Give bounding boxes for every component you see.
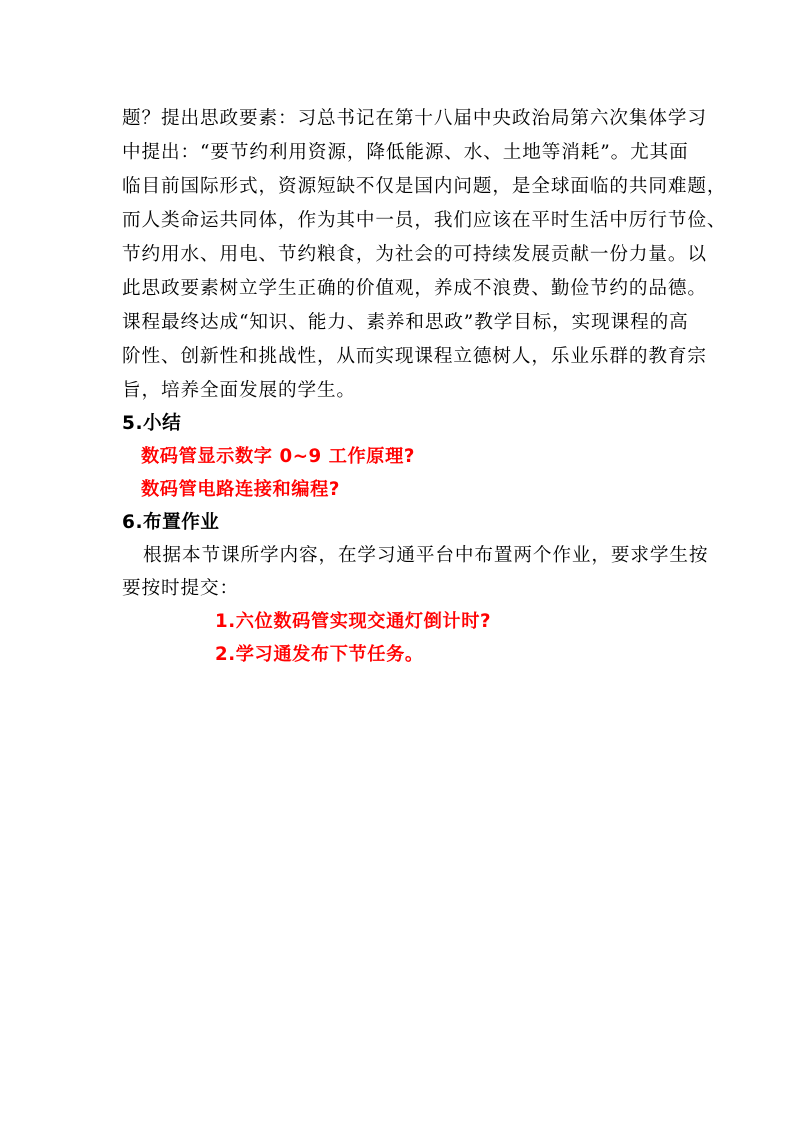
homework-line-2: 要按时提交： xyxy=(122,578,239,600)
paragraph-line-4: 而人类命运共同体，作为其中一员，我们应该在平时生活中厉行节俭、 xyxy=(122,210,671,232)
homework-task-1: 1.六位数码管实现交通灯倒计时? xyxy=(215,611,491,633)
homework-line-1: 根据本节课所学内容，在学习通平台中布置两个作业，要求学生按 xyxy=(143,545,671,567)
paragraph-line-7: 课程最终达成“知识、能力、素养和思政”教学目标，实现课程的高 xyxy=(122,312,671,334)
paragraph-line-8: 阶性、创新性和挑战性，从而实现课程立德树人，乐业乐群的教育宗 xyxy=(122,346,671,368)
paragraph-line-6: 此思政要素树立学生正确的价值观，养成不浪费、勤俭节约的品德。 xyxy=(122,278,671,300)
summary-item-1: 数码管显示数字 0~9 工作原理? xyxy=(141,446,415,468)
document-page: 题？提出思政要素：习总书记在第十八届中央政治局第六次集体学习 中提出：“要节约利… xyxy=(0,0,793,1122)
paragraph-line-9: 旨，培养全面发展的学生。 xyxy=(122,380,356,402)
paragraph-line-3: 临目前国际形式，资源短缺不仅是国内问题，是全球面临的共同难题， xyxy=(122,176,671,198)
paragraph-line-5: 节约用水、用电、节约粮食，为社会的可持续发展贡献一份力量。以 xyxy=(122,244,671,266)
paragraph-line-2: 中提出：“要节约利用资源，降低能源、水、土地等消耗”。尤其面 xyxy=(122,142,671,164)
section-6-heading: 6.布置作业 xyxy=(122,512,219,534)
homework-task-2: 2.学习通发布下节任务。 xyxy=(215,644,424,666)
summary-item-2: 数码管电路连接和编程? xyxy=(141,479,340,501)
paragraph-line-1: 题？提出思政要素：习总书记在第十八届中央政治局第六次集体学习 xyxy=(122,108,671,130)
section-5-heading: 5.小结 xyxy=(122,413,181,435)
